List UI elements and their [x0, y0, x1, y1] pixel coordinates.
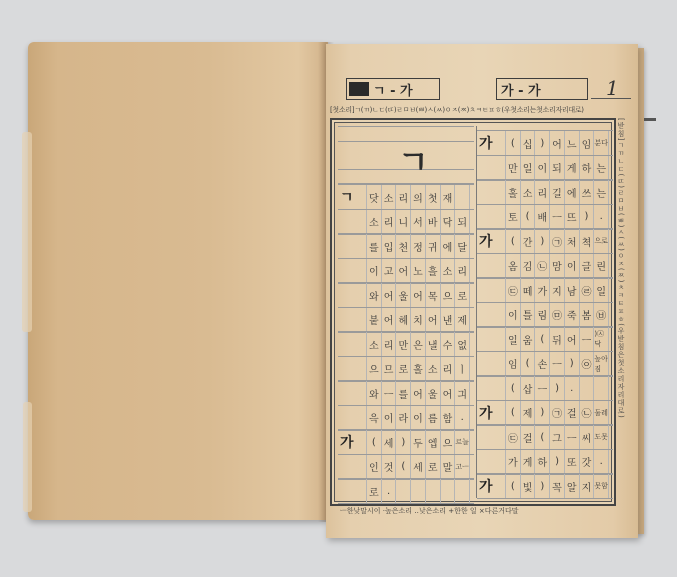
character-cell: 헤 [395, 308, 410, 332]
character-cell: 로 [395, 357, 410, 381]
character-cell: 어 [381, 308, 396, 332]
character-cell: 이 [410, 406, 425, 430]
character-cell: 만 [395, 332, 410, 356]
character-cell: 소 [366, 210, 381, 234]
character-cell: 으 [440, 430, 455, 454]
character-cell: 세 [410, 455, 425, 479]
row-label: 가 [479, 231, 493, 251]
character-cell: ㉡ [534, 254, 549, 278]
character-cell: 어 [410, 283, 425, 307]
character-cell: ( [505, 229, 520, 253]
character-cell: 를 [395, 381, 410, 405]
text-row: 이고어노흘소리 [338, 258, 474, 284]
character-cells: 와어울어목으로 [366, 283, 470, 307]
character-cell: 리 [440, 357, 455, 381]
text-row: 소리니서바닥되 [338, 209, 474, 235]
character-cell: 입 [381, 234, 396, 258]
text-row: ㄱ닷소리의첫재 [338, 184, 474, 210]
character-cell: 높아짐 [593, 352, 609, 376]
character-cell: 지 [579, 474, 594, 498]
right-column: 가(십)어느임분다만일이되게하는홀소리길에쓰는토(배ㅡ뜨).가(간)㉠처쳑으로옴… [476, 126, 613, 498]
character-cell: 분다 [593, 131, 609, 155]
header-box-left: ㄱ - 가 [346, 78, 440, 100]
character-cell: 처 [564, 229, 579, 253]
character-cell: 것 [381, 455, 396, 479]
text-row: 를입천정귀에달 [338, 233, 474, 259]
character-cell: 이 [381, 406, 396, 430]
character-cell: 알 [564, 474, 579, 498]
character-cell: ㅣ [454, 357, 470, 381]
character-cell: ( [520, 205, 535, 229]
character-cell [410, 479, 425, 503]
character-cells: (간)㉠처쳑으로 [505, 229, 609, 253]
character-cell [440, 479, 455, 503]
character-cell: 이 [534, 156, 549, 180]
character-cell: . [564, 376, 579, 400]
left-column: ㄱ ㄱ닷소리의첫재소리니서바닥되를입천정귀에달이고어노흘소리와어울어목으로붙어헤… [338, 126, 474, 498]
text-row: ㉢떼가지남㉣일 [477, 277, 613, 303]
character-cell: 수 [440, 332, 455, 356]
character-cell: . [454, 406, 470, 430]
character-cell: 울 [395, 283, 410, 307]
character-cell: 되 [549, 156, 564, 180]
text-row: 임(손ㅡ)㉧높아짐 [477, 351, 613, 377]
character-cell: 지 [549, 278, 564, 302]
character-cell: 없 [454, 332, 470, 356]
text-row: 으므로홀소리ㅣ [338, 356, 474, 382]
character-cell: 빛 [520, 474, 535, 498]
row-label: ㄱ [340, 187, 354, 207]
character-cell: 르늘 [454, 430, 470, 454]
character-cell: ㉢ [505, 278, 520, 302]
character-cell: 걸 [564, 401, 579, 425]
character-cells: 일움(뒤어ㅡ)㉦닥 [505, 327, 609, 351]
character-cell: 로 [366, 479, 381, 503]
character-cell: 도못 [593, 425, 609, 449]
character-cell [395, 479, 410, 503]
text-row: 로. [338, 478, 474, 504]
character-cells: 소리니서바닥되 [366, 210, 470, 234]
character-cell: 소 [366, 332, 381, 356]
character-cell: 리 [381, 210, 396, 234]
character-cell: 낼 [425, 332, 440, 356]
character-cell: ( [505, 376, 520, 400]
edge-mark [644, 118, 656, 121]
text-row: 가(세)두엡으르늘 [338, 429, 474, 455]
text-row: 가게하)또갓. [477, 449, 613, 475]
row-label: 가 [479, 476, 493, 496]
character-cell: ㉢ [505, 425, 520, 449]
character-cell: 라 [395, 406, 410, 430]
character-cell: 홀 [410, 357, 425, 381]
character-cell: 게 [520, 450, 535, 474]
character-cells: 토(배ㅡ뜨). [505, 205, 609, 229]
character-cell: 맘 [549, 254, 564, 278]
character-cell [454, 185, 470, 209]
character-cell: 에 [564, 180, 579, 204]
character-cell: 하 [534, 450, 549, 474]
character-cell [425, 479, 440, 503]
character-cell: 일 [520, 156, 535, 180]
header-block-mark [349, 82, 369, 96]
character-cell: 소 [440, 259, 455, 283]
character-cell: 름 [425, 406, 440, 430]
character-cell: ) [534, 401, 549, 425]
character-cell: 홀 [505, 180, 520, 204]
open-book: ㄱ - 가 가 - 가 1 [첫소리]ㄱ(ㄲ)ㄴㄷ(ㄸ)ㄹㅁㅂ(ㅃ)ㅅ(ㅆ)ㅇㅈ… [0, 0, 677, 577]
character-cell [454, 479, 470, 503]
character-cell: 갓 [579, 450, 594, 474]
character-cell: 서 [410, 210, 425, 234]
character-cell: . [593, 450, 609, 474]
character-cell: 귀 [425, 234, 440, 258]
character-cells: (제)㉠걸㉡둘레 [505, 401, 609, 425]
page-header: ㄱ - 가 가 - 가 1 [346, 78, 626, 102]
character-cell: 소 [381, 185, 396, 209]
character-cell: 봄 [579, 303, 594, 327]
character-cell: 이 [564, 254, 579, 278]
character-cell: 어 [425, 308, 440, 332]
character-cell: 일 [505, 327, 520, 351]
character-cell: 목 [425, 283, 440, 307]
character-cells: 소리만은낼수없 [366, 332, 470, 356]
character-cell: 못함 [593, 474, 609, 498]
character-cell: 일 [593, 278, 609, 302]
character-cell: ( [520, 352, 535, 376]
text-row: 일움(뒤어ㅡ)㉦닥 [477, 326, 613, 352]
character-cell: 만 [505, 156, 520, 180]
character-cell: 리 [395, 185, 410, 209]
character-cell: 닷 [366, 185, 381, 209]
character-cell: 바 [425, 210, 440, 234]
character-cell: 삽 [520, 376, 535, 400]
character-cell: 천 [395, 234, 410, 258]
character-cell: ㉡ [579, 401, 594, 425]
character-cell: ㉠ [549, 401, 564, 425]
character-cell: 어 [410, 381, 425, 405]
character-cells: 와ㅡ를어울어긔 [366, 381, 470, 405]
character-cell: ㅡ [534, 376, 549, 400]
character-cell: 틀 [520, 303, 535, 327]
header-box-right: 가 - 가 [496, 78, 588, 100]
character-cell: ) [549, 376, 564, 400]
text-row: 만일이되게하는 [477, 155, 613, 181]
character-cell: 가 [534, 278, 549, 302]
row-label: 가 [479, 133, 493, 153]
character-cells: (빛)꼭알지못함 [505, 474, 609, 498]
character-cell: 씨 [579, 425, 594, 449]
character-cell [593, 376, 609, 400]
character-cells: 이틀림㉤죽봄㉥ [505, 303, 609, 327]
character-cell: 손 [534, 352, 549, 376]
character-cell: 흘 [425, 259, 440, 283]
character-cell: 꼭 [549, 474, 564, 498]
character-cells: 으므로홀소리ㅣ [366, 357, 470, 381]
character-cell: ㉠ [549, 229, 564, 253]
page-number-underline [591, 98, 631, 99]
character-cells: ㉢떼가지남㉣일 [505, 278, 609, 302]
character-cell: )㉦닥 [593, 327, 609, 351]
character-cell: 리 [534, 180, 549, 204]
character-cell: ㅡ [549, 205, 564, 229]
left-blank-page [28, 42, 328, 520]
text-row: 토(배ㅡ뜨). [477, 204, 613, 230]
character-cell: 떼 [520, 278, 535, 302]
character-cell: 로 [454, 283, 470, 307]
character-cell: ㅡ [381, 381, 396, 405]
character-cells: 인것(세로말고ㅡ [366, 455, 470, 479]
character-cell: ( [505, 131, 520, 155]
character-cell: ( [395, 455, 410, 479]
character-cell: ( [505, 401, 520, 425]
character-cell: ) [549, 450, 564, 474]
character-cell: 어 [381, 283, 396, 307]
character-cell: 에 [440, 234, 455, 258]
character-cell: 린 [593, 254, 609, 278]
character-cell: 고 [381, 259, 396, 283]
character-cell: ) [579, 205, 594, 229]
text-row: 와어울어목으로 [338, 282, 474, 308]
lesson-frame: ㄱ ㄱ닷소리의첫재소리니서바닥되를입천정귀에달이고어노흘소리와어울어목으로붙어헤… [330, 118, 616, 506]
character-cell: 를 [366, 234, 381, 258]
character-cell: 긔 [454, 381, 470, 405]
character-cell: 하 [579, 156, 594, 180]
text-row: 소리만은낼수없 [338, 331, 474, 357]
character-cell: 어 [549, 131, 564, 155]
text-row: 인것(세로말고ㅡ [338, 454, 474, 480]
character-cell: 는 [593, 156, 609, 180]
text-row: 윽이라이름함. [338, 405, 474, 431]
character-cell: ㉤ [549, 303, 564, 327]
character-cell: 리 [381, 332, 396, 356]
character-cell: ㅡ [564, 425, 579, 449]
character-cell: 임 [579, 131, 594, 155]
character-cell: ) [534, 229, 549, 253]
character-cell: ) [534, 131, 549, 155]
character-cell: 니 [395, 210, 410, 234]
title-grid: ㄱ [338, 126, 474, 184]
character-cell: ㉥ [593, 303, 609, 327]
character-cell: 의 [410, 185, 425, 209]
character-cell: 뜨 [564, 205, 579, 229]
character-cell: 함 [440, 406, 455, 430]
character-cell: 임 [505, 352, 520, 376]
character-cell: . [381, 479, 396, 503]
header-right-text: 가 - 가 [497, 80, 545, 99]
character-cell: 둘레 [593, 401, 609, 425]
character-cell: 길 [549, 180, 564, 204]
character-cell: ) [564, 352, 579, 376]
character-cell: 배 [534, 205, 549, 229]
character-cell: 뒤 [549, 327, 564, 351]
character-cell: . [593, 205, 609, 229]
page-number: 1 [606, 76, 619, 100]
character-cell: ) [534, 474, 549, 498]
character-cell: 간 [520, 229, 535, 253]
character-cell: 십 [520, 131, 535, 155]
character-cell: 므 [381, 357, 396, 381]
character-cell: 그 [549, 425, 564, 449]
character-cell: 닥 [440, 210, 455, 234]
character-cells: ㉢걸(그ㅡ씨도못 [505, 425, 609, 449]
right-printed-page: ㄱ - 가 가 - 가 1 [첫소리]ㄱ(ㄲ)ㄴㄷ(ㄸ)ㄹㅁㅂ(ㅃ)ㅅ(ㅆ)ㅇㅈ… [326, 44, 638, 538]
character-cell: 느 [564, 131, 579, 155]
character-cell: 와 [366, 381, 381, 405]
text-row: 가(제)㉠걸㉡둘레 [477, 400, 613, 426]
character-cell: 어 [564, 327, 579, 351]
text-row: 옴김㉡맘이글린 [477, 253, 613, 279]
character-cell: 붙 [366, 308, 381, 332]
big-letter: ㄱ [398, 137, 429, 183]
character-cell: ㉣ [579, 278, 594, 302]
symbol-legend-footer: ㅡ한낮말시이 ·높은소리 ‥낮은소리 +한한 일 ×다른거다말 [340, 506, 620, 516]
character-cell: 소 [425, 357, 440, 381]
text-row: 와ㅡ를어울어긔 [338, 380, 474, 406]
character-cell: 세 [381, 430, 396, 454]
character-cell: 고ㅡ [454, 455, 470, 479]
header-left-text: ㄱ - 가 [369, 80, 417, 99]
character-cell: 남 [564, 278, 579, 302]
text-row: 홀소리길에쓰는 [477, 179, 613, 205]
character-cell: 소 [520, 180, 535, 204]
character-cell: ㅡ [549, 352, 564, 376]
character-cell: ( [534, 327, 549, 351]
character-cell: 걸 [520, 425, 535, 449]
character-cell: 울 [425, 381, 440, 405]
character-cells: (세)두엡으르늘 [366, 430, 470, 454]
character-cell: 글 [579, 254, 594, 278]
character-cells: 만일이되게하는 [505, 156, 609, 180]
character-cell: ) [395, 430, 410, 454]
character-cell: 낸 [440, 308, 455, 332]
row-label: 가 [479, 403, 493, 423]
character-cell: 어 [440, 381, 455, 405]
character-cell: 리 [454, 259, 470, 283]
text-row: 가(빛)꼭알지못함 [477, 473, 613, 499]
character-cell: ( [534, 425, 549, 449]
character-cells: 로. [366, 479, 470, 503]
text-row: ㉢걸(그ㅡ씨도못 [477, 424, 613, 450]
character-cell: 으로 [593, 229, 609, 253]
text-row: 가(십)어느임분다 [477, 130, 613, 156]
character-cell: 또 [564, 450, 579, 474]
character-cells: 를입천정귀에달 [366, 234, 470, 258]
character-cell: 말 [440, 455, 455, 479]
text-row: 붙어헤치어낸제 [338, 307, 474, 333]
text-row: 이틀림㉤죽봄㉥ [477, 302, 613, 328]
character-cell: 쳑 [579, 229, 594, 253]
character-cell: 치 [410, 308, 425, 332]
character-cell: 죽 [564, 303, 579, 327]
character-cells: 홀소리길에쓰는 [505, 180, 609, 204]
character-cell: 달 [454, 234, 470, 258]
character-cell: 로 [425, 455, 440, 479]
character-cells: 옴김㉡맘이글린 [505, 254, 609, 278]
character-cells: (삽ㅡ). [505, 376, 609, 400]
character-cell: 어 [395, 259, 410, 283]
character-cell: 림 [534, 303, 549, 327]
character-cells: (십)어느임분다 [505, 131, 609, 155]
character-cells: 가게하)또갓. [505, 450, 609, 474]
character-cell: 되 [454, 210, 470, 234]
character-cell: 는 [593, 180, 609, 204]
character-cell: 가 [505, 450, 520, 474]
character-cell: 두 [410, 430, 425, 454]
character-cell: 재 [440, 185, 455, 209]
character-cell: 노 [410, 259, 425, 283]
text-row: 가(간)㉠처쳑으로 [477, 228, 613, 254]
character-cell: 윽 [366, 406, 381, 430]
character-cell: ㅡ [579, 327, 594, 351]
character-cells: 윽이라이름함. [366, 406, 470, 430]
character-cell: ㉧ [579, 352, 594, 376]
character-cell: 김 [520, 254, 535, 278]
character-cell: 이 [505, 303, 520, 327]
character-cells: 임(손ㅡ)㉧높아짐 [505, 352, 609, 376]
character-cell: 게 [564, 156, 579, 180]
character-cells: 붙어헤치어낸제 [366, 308, 470, 332]
character-cell: 인 [366, 455, 381, 479]
character-cell: ( [505, 474, 520, 498]
character-cell: 쓰 [579, 180, 594, 204]
character-cell: 움 [520, 327, 535, 351]
character-cell: 와 [366, 283, 381, 307]
character-cells: 닷소리의첫재 [366, 185, 470, 209]
character-cell: 으 [440, 283, 455, 307]
character-cell: 은 [410, 332, 425, 356]
character-cell: 이 [366, 259, 381, 283]
character-cell: 정 [410, 234, 425, 258]
row-label: 가 [340, 432, 354, 452]
character-cell: 첫 [425, 185, 440, 209]
text-row: (삽ㅡ). [477, 375, 613, 401]
character-cells: 이고어노흘소리 [366, 259, 470, 283]
character-cell [579, 376, 594, 400]
character-cell: 옴 [505, 254, 520, 278]
character-cell: 제 [454, 308, 470, 332]
character-cell: ( [366, 430, 381, 454]
initial-consonant-legend: [첫소리]ㄱ(ㄲ)ㄴㄷ(ㄸ)ㄹㅁㅂ(ㅃ)ㅅ(ㅆ)ㅇㅈ(ㅉ)ㅊㅋㅌㅍㅎ(우첫소리는… [330, 105, 630, 115]
character-cell: 제 [520, 401, 535, 425]
character-cell: 엡 [425, 430, 440, 454]
character-cell: 으 [366, 357, 381, 381]
character-cell: 토 [505, 205, 520, 229]
final-consonant-legend: [받침]ㄱㄲㄴㄷ(ㄸ)ㄹㅁㅂ(ㅃ)ㅅ(ㅆ)ㅇㅈ(ㅉ)ㅊㅋㅌㅍㅎ(우받침은첫소리자… [614, 118, 626, 502]
